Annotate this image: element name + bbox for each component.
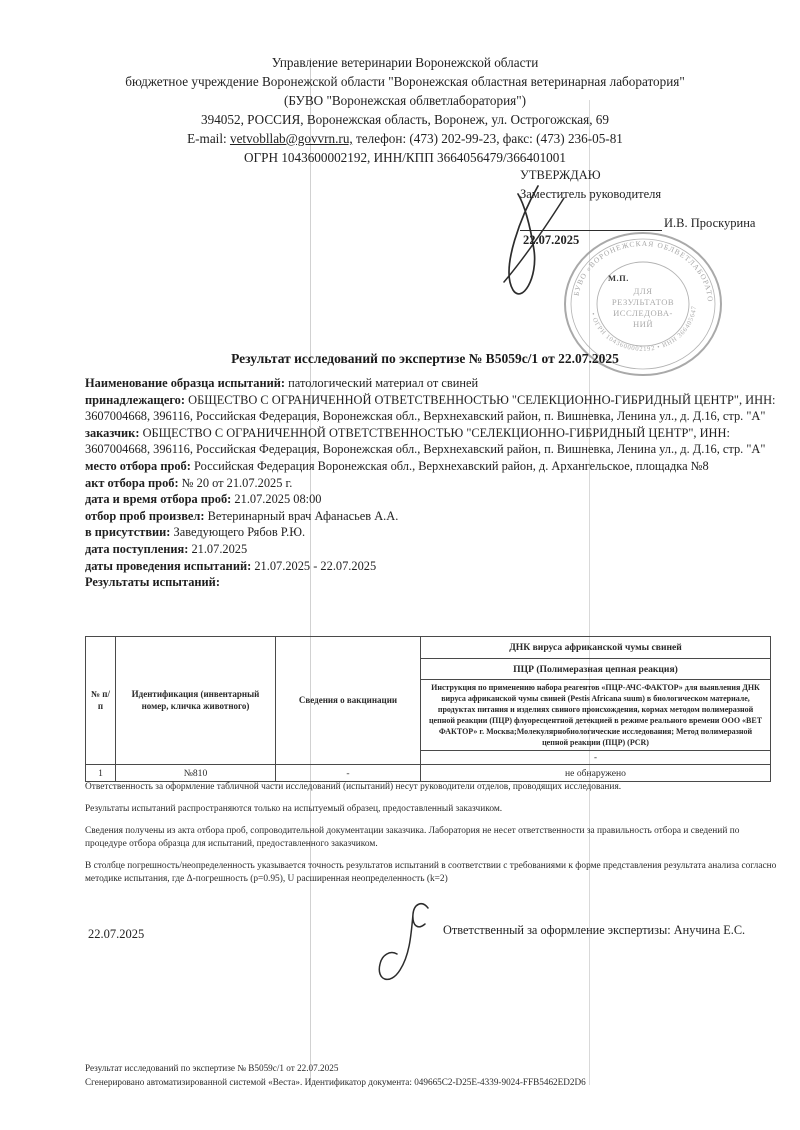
detail-row: принадлежащего: ОБЩЕСТВО С ОГРАНИЧЕННОЙ … [85, 392, 777, 425]
responsible-signature [372, 898, 447, 988]
cell-result: не обнаружено [421, 765, 771, 782]
table-row: 1 №810 - не обнаружено [86, 765, 771, 782]
org-short-name: (БУВО "Воронежская облветлаборатория") [60, 91, 750, 110]
footnote: Результаты испытаний распространяются то… [85, 803, 780, 816]
stamp-center-line1: ДЛЯ [634, 286, 653, 296]
results-table: № п/п Идентификация (инвентарный номер, … [85, 636, 771, 782]
footnotes: Ответственность за оформление табличной … [85, 781, 780, 895]
detail-row: в присутствии: Заведующего Рябов Р.Ю. [85, 524, 777, 541]
signoff-date: 22.07.2025 [88, 927, 144, 942]
mp-seal-placeholder: М.П. [608, 273, 629, 283]
email-label: E-mail: [187, 131, 227, 146]
cell-number: 1 [86, 765, 116, 782]
stamp-center-line3: ИССЛЕДОВА- [613, 308, 673, 318]
document-footer: Результат исследований по экспертизе № В… [85, 1062, 785, 1089]
detail-row: место отбора проб: Российская Федерация … [85, 458, 777, 475]
stamp-center-line2: РЕЗУЛЬТАТОВ [612, 297, 674, 307]
phone-fax: телефон: (473) 202-99-23, факс: (473) 23… [356, 131, 623, 146]
detail-row: даты проведения испытаний: 21.07.2025 - … [85, 558, 777, 575]
stamp-center-line4: НИЙ [633, 319, 653, 329]
col-header-number: № п/п [86, 637, 116, 765]
cell-vaccination: - [276, 765, 421, 782]
org-contacts: E-mail: vetvobllab@govvrn.ru, телефон: (… [60, 129, 750, 148]
footnote: В столбце погрешность/неопределенность у… [85, 860, 780, 886]
footer-generated-id: Сгенерировано автоматизированной системо… [85, 1076, 785, 1090]
sample-details: Наименование образца испытаний: патологи… [85, 375, 777, 591]
detail-row: отбор проб произвел: Ветеринарный врач А… [85, 508, 777, 525]
footnote: Ответственность за оформление табличной … [85, 781, 780, 794]
footnote: Сведения получены из акта отбора проб, с… [85, 825, 780, 851]
org-header: Управление ветеринарии Воронежской облас… [60, 53, 750, 167]
org-ogrn-inn: ОГРН 1043600002192, ИНН/КПП 3664056479/3… [60, 148, 750, 167]
responsible-person: Ответственный за оформление экспертизы: … [443, 923, 745, 938]
col-header-identification: Идентификация (инвентарный номер, кличка… [116, 637, 276, 765]
org-authority: Управление ветеринарии Воронежской облас… [60, 53, 750, 72]
email-link[interactable]: vetvobllab@govvrn.ru, [230, 131, 353, 146]
detail-row: акт отбора проб: № 20 от 21.07.2025 г. [85, 475, 777, 492]
detail-row: дата и время отбора проб: 21.07.2025 08:… [85, 491, 777, 508]
col-header-uncertainty: - [421, 751, 771, 765]
org-name: бюджетное учреждение Воронежской области… [60, 72, 750, 91]
document-title: Результат исследований по экспертизе № В… [95, 351, 755, 367]
col-header-method-full: Инструкция по применению набора реагенто… [421, 680, 771, 751]
col-header-vaccination: Сведения о вакцинации [276, 637, 421, 765]
col-header-method-short: ПЦР (Полимеразная цепная реакция) [421, 659, 771, 680]
detail-row: Наименование образца испытаний: патологи… [85, 375, 777, 392]
footer-expertise-ref: Результат исследований по экспертизе № В… [85, 1062, 785, 1076]
detail-row: заказчик: ОБЩЕСТВО С ОГРАНИЧЕННОЙ ОТВЕТС… [85, 425, 777, 458]
cell-identification: №810 [116, 765, 276, 782]
col-header-analyte: ДНК вируса африканской чумы свиней [421, 637, 771, 659]
document-page: Управление ветеринарии Воронежской облас… [0, 0, 800, 1130]
detail-row: дата поступления: 21.07.2025 [85, 541, 777, 558]
org-address: 394052, РОССИЯ, Воронежская область, Вор… [60, 110, 750, 129]
results-section-label: Результаты испытаний: [85, 574, 777, 591]
